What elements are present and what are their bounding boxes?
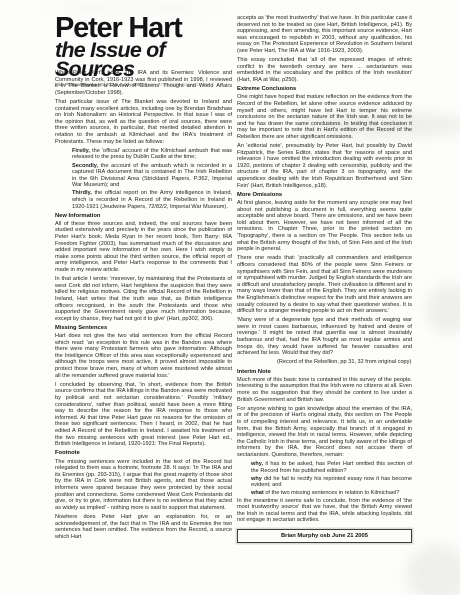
paragraph: accepts as 'the most trustworthy' that w…	[237, 15, 412, 55]
paragraph: An 'editorial note', presumably by Peter…	[237, 143, 412, 189]
paragraph: When Peter Hart's book, The IRA and its …	[55, 70, 232, 96]
left-column: When Peter Hart's book, The IRA and its …	[55, 70, 232, 543]
paragraph: For anyone wishing to gain knowledge abo…	[237, 406, 412, 459]
list-item-lead: Thirdly,	[72, 190, 92, 196]
section-heading-missing-sentences: Missing Sentences	[55, 325, 232, 332]
list-item-lead: Firstly,	[72, 148, 90, 154]
article-page: Peter Hart the Issue of Sources Irish Po…	[0, 0, 460, 595]
question-lead: what	[251, 490, 264, 496]
question-item: what of the two missing sentences in rel…	[251, 490, 412, 497]
source-citation: (Record of the Rebellion, pp 31, 32 from…	[237, 359, 412, 366]
question-list: why, it has to be asked, has Peter Hart …	[237, 461, 412, 496]
paragraph: Nowhere does Peter Hart give an explanat…	[55, 514, 232, 540]
source-list: Firstly, the 'official' account of the K…	[55, 148, 232, 211]
paragraph: This essay concluded that 'all of the re…	[237, 57, 412, 83]
author-byline-box: Brian Murphy osb June 21 2005	[237, 529, 412, 543]
paragraph: Hart does not give the two vital sentenc…	[55, 333, 232, 379]
paragraph: In the meantime it seems safe to conclud…	[237, 498, 412, 524]
section-heading-extreme-conclusions: Extreme Conclusions	[237, 86, 412, 93]
author-byline: Brian Murphy osb June 21 2005	[281, 533, 368, 539]
section-heading-more-omissions: More Omissions	[237, 192, 412, 199]
question-lead: why,	[251, 461, 263, 467]
paragraph: 'Many were of a degenerate type and thei…	[237, 317, 412, 357]
scan-artifact	[40, 4, 220, 12]
paragraph: All of these three sources and, indeed, …	[55, 221, 232, 274]
paragraph: Much more of this basic tone is containe…	[237, 377, 412, 403]
question-text: did he fail to rectify his reprinted ess…	[251, 476, 412, 489]
right-column: accepts as 'the most trustworthy' that w…	[237, 15, 412, 543]
list-item-text: the 'official' account of the Kilmichael…	[72, 148, 232, 161]
list-item: Firstly, the 'official' account of the K…	[72, 148, 232, 161]
scan-artifact	[426, 284, 460, 334]
paragraph: In that article I wrote: 'moreover, by m…	[55, 276, 232, 322]
list-item-lead: Secondly,	[72, 163, 98, 169]
section-heading-footnote: Footnote	[55, 450, 232, 457]
paragraph: At first glance, leaving aside for the m…	[237, 200, 412, 253]
paragraph: One might have hoped that mature reflect…	[237, 94, 412, 140]
question-item: why did he fail to rectify his reprinted…	[251, 476, 412, 489]
list-item: Thirdly, the official report on the Army…	[72, 190, 232, 210]
question-text: it has to be asked, has Peter Hart omitt…	[251, 461, 412, 474]
question-item: why, it has to be asked, has Peter Hart …	[251, 461, 412, 474]
paragraph: That particular issue of The Blanket was…	[55, 99, 232, 145]
question-text: of the two missing sentences in relation…	[265, 490, 399, 496]
list-item-text: the official report on the Army intellig…	[72, 190, 232, 209]
question-lead: why	[251, 476, 262, 482]
paragraph: I concluded by observing that, 'in short…	[55, 382, 232, 448]
paragraph: There one reads that: 'practically all c…	[237, 255, 412, 314]
section-heading-interim-note: Interim Note	[237, 369, 412, 376]
scan-artifact	[406, 545, 460, 595]
list-item: Secondly, the account of the ambush whic…	[72, 163, 232, 189]
paragraph: The missing sentences were included in t…	[55, 459, 232, 512]
section-heading-new-information: New Information	[55, 213, 232, 220]
